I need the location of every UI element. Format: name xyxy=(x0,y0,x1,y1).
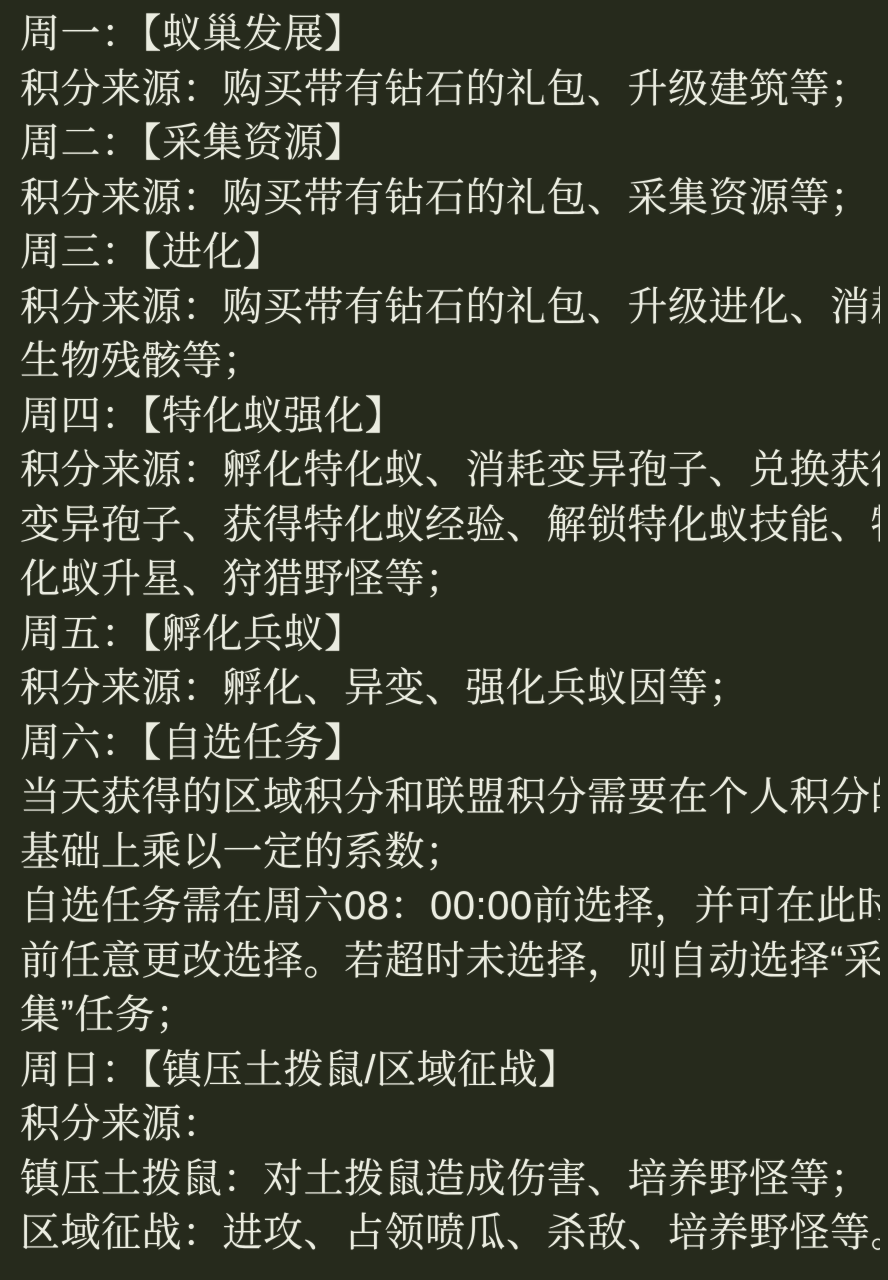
weekly-tasks-document: 周一：【蚁巢发展】 积分来源：购买带有钻石的礼包、升级建筑等； 周二：【采集资源… xyxy=(20,7,880,1280)
text-line-saturday-note-2: 基础上乘以一定的系数； xyxy=(20,825,880,880)
text-line-thursday-sources-3: 化蚁升星、狩猎野怪等； xyxy=(20,552,880,607)
text-line-saturday-note-1: 当天获得的区域积分和联盟积分需要在个人积分的 xyxy=(20,770,880,825)
text-line-monday-title: 周一：【蚁巢发展】 xyxy=(20,7,880,62)
text-line-sunday-sources-label: 积分来源： xyxy=(20,1097,880,1152)
text-line-saturday-rule-3: 集”任务； xyxy=(20,988,880,1043)
text-line-saturday-rule-1: 自选任务需在周六08：00:00前选择，并可在此时间 xyxy=(20,879,880,934)
text-line-sunday-title: 周日：【镇压土拨鼠/区域征战】 xyxy=(20,1043,880,1098)
text-line-wednesday-sources-2: 生物残骸等； xyxy=(20,334,880,389)
text-line-wednesday-title: 周三：【进化】 xyxy=(20,225,880,280)
text-line-sunday-groundhog: 镇压土拨鼠：对土拨鼠造成伤害、培养野怪等； xyxy=(20,1152,880,1207)
text-line-thursday-sources-2: 变异孢子、获得特化蚁经验、解锁特化蚁技能、特 xyxy=(20,498,880,553)
text-line-saturday-title: 周六：【自选任务】 xyxy=(20,716,880,771)
text-line-saturday-rule-2: 前任意更改选择。若超时未选择，则自动选择“采 xyxy=(20,934,880,989)
text-line-friday-sources: 积分来源：孵化、异变、强化兵蚁因等； xyxy=(20,661,880,716)
text-line-thursday-title: 周四：【特化蚁强化】 xyxy=(20,389,880,444)
screenshot-root: { "page": { "background_color": "#262a1c… xyxy=(0,0,888,1280)
text-line-thursday-sources-1: 积分来源：孵化特化蚁、消耗变异孢子、兑换获得 xyxy=(20,443,880,498)
text-line-tuesday-sources: 积分来源：购买带有钻石的礼包、采集资源等； xyxy=(20,171,880,226)
text-line-wednesday-sources-1: 积分来源：购买带有钻石的礼包、升级进化、消耗 xyxy=(20,280,880,335)
text-line-friday-title: 周五：【孵化兵蚁】 xyxy=(20,607,880,662)
text-line-sunday-conquest: 区域征战：进攻、占领喷瓜、杀敌、培养野怪等。 xyxy=(20,1206,880,1261)
text-line-tuesday-title: 周二：【采集资源】 xyxy=(20,116,880,171)
text-line-monday-sources: 积分来源：购买带有钻石的礼包、升级建筑等； xyxy=(20,62,880,117)
